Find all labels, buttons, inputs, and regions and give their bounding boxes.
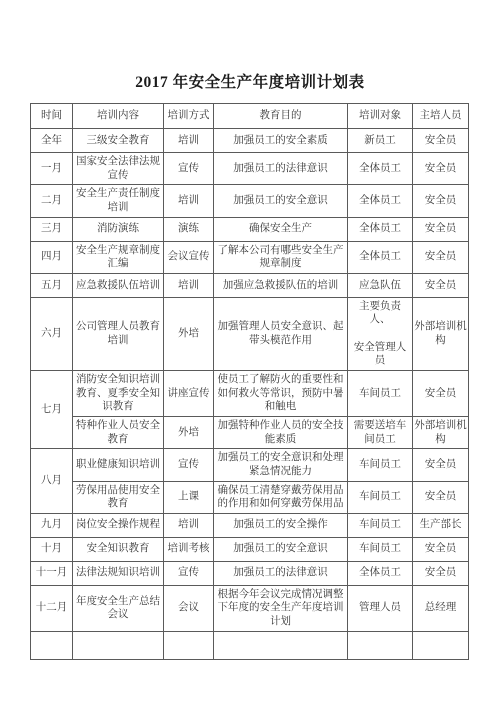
document-page: 2017 年安全生产年度培训计划表 时间 培训内容 培训方式 教育目的 培训对象… — [0, 0, 500, 708]
trainer-cell: 安全员 — [413, 371, 469, 417]
table-row: 劳保用品使用安全教育上课确保员工清楚穿戴劳保用品的作用和如何穿戴劳保用品车间员工… — [31, 481, 469, 513]
trainer-cell: 安全员 — [413, 537, 469, 561]
method-cell: 培训 — [164, 513, 214, 537]
purpose-cell: 加强员工的法律意识 — [214, 561, 348, 585]
target-cell: 新员工 — [348, 129, 413, 153]
method-cell: 培训 — [164, 185, 214, 217]
trainer-cell — [413, 631, 469, 659]
method-cell: 培训 — [164, 273, 214, 297]
content-cell: 特种作业人员安全教育 — [73, 416, 164, 448]
purpose-cell: 加强应急救援队伍的培训 — [214, 273, 348, 297]
target-cell: 车间员工 — [348, 371, 413, 417]
table-row: 三月消防演练演练确保安全生产全体员工安全员 — [31, 217, 469, 241]
target-cell: 车间员工 — [348, 481, 413, 513]
purpose-cell: 加强员工的安全操作 — [214, 513, 348, 537]
content-cell: 应急救援队伍培训 — [73, 273, 164, 297]
purpose-cell: 加强员工的安全意识和处理紧急情况能力 — [214, 449, 348, 481]
time-cell: 八月 — [31, 449, 73, 514]
target-cell: 车间员工 — [348, 537, 413, 561]
target-cell — [348, 631, 413, 659]
table-row: 八月职业健康知识培训宣传加强员工的安全意识和处理紧急情况能力车间员工安全员 — [31, 449, 469, 481]
column-header-trainer: 主培人员 — [413, 104, 469, 129]
table-row: 全年三级安全教育培训加强员工的安全素质新员工安全员 — [31, 129, 469, 153]
table-row: 十一月法律法规知识培训宣传加强员工的法律意识全体员工安全员 — [31, 561, 469, 585]
content-cell: 劳保用品使用安全教育 — [73, 481, 164, 513]
target-cell: 车间员工 — [348, 449, 413, 481]
target-cell: 应急队伍 — [348, 273, 413, 297]
purpose-cell: 加强员工的法律意识 — [214, 153, 348, 185]
trainer-cell: 安全员 — [413, 217, 469, 241]
table-row: 九月岗位安全操作规程培训加强员工的安全操作车间员工生产部长 — [31, 513, 469, 537]
content-cell: 年度安全生产总结会议 — [73, 585, 164, 631]
header-row: 时间 培训内容 培训方式 教育目的 培训对象 主培人员 — [31, 104, 469, 129]
target-cell: 全体员工 — [348, 561, 413, 585]
time-cell: 十一月 — [31, 561, 73, 585]
content-cell: 消防演练 — [73, 217, 164, 241]
trainer-cell: 安全员 — [413, 185, 469, 217]
column-header-target: 培训对象 — [348, 104, 413, 129]
trainer-cell: 安全员 — [413, 561, 469, 585]
content-cell: 公司管理人员教育培训 — [73, 297, 164, 370]
purpose-cell: 根据今年会议完成情况调整下年度的安全生产年度培训计划 — [214, 585, 348, 631]
table-row: 特种作业人员安全教育外培加强特种作业人员的安全技能素质需要送培车间员工外部培训机… — [31, 416, 469, 448]
training-plan-table: 时间 培训内容 培训方式 教育目的 培训对象 主培人员 全年三级安全教育培训加强… — [30, 103, 469, 660]
time-cell: 五月 — [31, 273, 73, 297]
method-cell: 宣传 — [164, 561, 214, 585]
trainer-cell: 总经理 — [413, 585, 469, 631]
method-cell: 上课 — [164, 481, 214, 513]
content-cell: 岗位安全操作规程 — [73, 513, 164, 537]
method-cell — [164, 631, 214, 659]
purpose-cell: 使员工了解防火的重要性和如何救火等常识，预防中暑和触电 — [214, 371, 348, 417]
content-cell: 安全生产规章制度汇编 — [73, 241, 164, 273]
content-cell — [73, 631, 164, 659]
table-row — [31, 631, 469, 659]
table-row: 二月安全生产责任制度培训培训加强员工的安全意识全体员工安全员 — [31, 185, 469, 217]
target-cell: 车间员工 — [348, 513, 413, 537]
method-cell: 培训 — [164, 129, 214, 153]
table-row: 十月安全知识教育培训考核加强员工的安全意识车间员工安全员 — [31, 537, 469, 561]
content-cell: 安全知识教育 — [73, 537, 164, 561]
trainer-cell: 外部培训机构 — [413, 297, 469, 370]
method-cell: 宣传 — [164, 153, 214, 185]
method-cell: 会议 — [164, 585, 214, 631]
time-cell: 十二月 — [31, 585, 73, 631]
purpose-cell: 加强员工的安全意识 — [214, 185, 348, 217]
time-cell: 四月 — [31, 241, 73, 273]
table-row: 一月国家安全法律法规宣传宣传加强员工的法律意识全体员工安全员 — [31, 153, 469, 185]
column-header-purpose: 教育目的 — [214, 104, 348, 129]
time-cell: 二月 — [31, 185, 73, 217]
trainer-cell: 生产部长 — [413, 513, 469, 537]
target-cell: 管理人员 — [348, 585, 413, 631]
time-cell: 三月 — [31, 217, 73, 241]
target-cell: 全体员工 — [348, 217, 413, 241]
column-header-method: 培训方式 — [164, 104, 214, 129]
time-cell: 一月 — [31, 153, 73, 185]
table-row: 七月消防安全知识培训教育、夏季安全知识教育讲座宣传使员工了解防火的重要性和如何救… — [31, 371, 469, 417]
table-row: 四月安全生产规章制度汇编会议宣传了解本公司有哪些安全生产规章制度全体员工安全员 — [31, 241, 469, 273]
method-cell: 外培 — [164, 297, 214, 370]
trainer-cell: 安全员 — [413, 241, 469, 273]
target-cell: 全体员工 — [348, 153, 413, 185]
table-row: 十二月年度安全生产总结会议会议根据今年会议完成情况调整下年度的安全生产年度培训计… — [31, 585, 469, 631]
method-cell: 讲座宣传 — [164, 371, 214, 417]
content-cell: 消防安全知识培训教育、夏季安全知识教育 — [73, 371, 164, 417]
time-cell — [31, 631, 73, 659]
target-cell: 全体员工 — [348, 185, 413, 217]
trainer-cell: 外部培训机构 — [413, 416, 469, 448]
purpose-cell: 加强员工的安全意识 — [214, 537, 348, 561]
time-cell: 九月 — [31, 513, 73, 537]
content-cell: 国家安全法律法规宣传 — [73, 153, 164, 185]
content-cell: 三级安全教育 — [73, 129, 164, 153]
method-cell: 宣传 — [164, 449, 214, 481]
method-cell: 演练 — [164, 217, 214, 241]
content-cell: 职业健康知识培训 — [73, 449, 164, 481]
trainer-cell: 安全员 — [413, 449, 469, 481]
table-row: 五月应急救援队伍培训培训加强应急救援队伍的培训应急队伍安全员 — [31, 273, 469, 297]
purpose-cell: 加强特种作业人员的安全技能素质 — [214, 416, 348, 448]
table-row: 六月公司管理人员教育培训外培加强管理人员安全意识、起带头模范作用主要负责人、 安… — [31, 297, 469, 370]
trainer-cell: 安全员 — [413, 273, 469, 297]
time-cell: 七月 — [31, 371, 73, 449]
purpose-cell: 确保安全生产 — [214, 217, 348, 241]
trainer-cell: 安全员 — [413, 129, 469, 153]
page-title: 2017 年安全生产年度培训计划表 — [0, 70, 500, 92]
time-cell: 全年 — [31, 129, 73, 153]
column-header-content: 培训内容 — [73, 104, 164, 129]
method-cell: 会议宣传 — [164, 241, 214, 273]
time-cell: 六月 — [31, 297, 73, 370]
purpose-cell — [214, 631, 348, 659]
plan-table-body: 全年三级安全教育培训加强员工的安全素质新员工安全员一月国家安全法律法规宣传宣传加… — [31, 129, 469, 660]
purpose-cell: 加强管理人员安全意识、起带头模范作用 — [214, 297, 348, 370]
content-cell: 安全生产责任制度培训 — [73, 185, 164, 217]
target-cell: 全体员工 — [348, 241, 413, 273]
target-cell: 主要负责人、 安全管理人员 — [348, 297, 413, 370]
method-cell: 培训考核 — [164, 537, 214, 561]
trainer-cell: 安全员 — [413, 153, 469, 185]
time-cell: 十月 — [31, 537, 73, 561]
trainer-cell: 安全员 — [413, 481, 469, 513]
column-header-time: 时间 — [31, 104, 73, 129]
purpose-cell: 确保员工清楚穿戴劳保用品的作用和如何穿戴劳保用品 — [214, 481, 348, 513]
content-cell: 法律法规知识培训 — [73, 561, 164, 585]
purpose-cell: 加强员工的安全素质 — [214, 129, 348, 153]
method-cell: 外培 — [164, 416, 214, 448]
target-cell: 需要送培车间员工 — [348, 416, 413, 448]
purpose-cell: 了解本公司有哪些安全生产规章制度 — [214, 241, 348, 273]
